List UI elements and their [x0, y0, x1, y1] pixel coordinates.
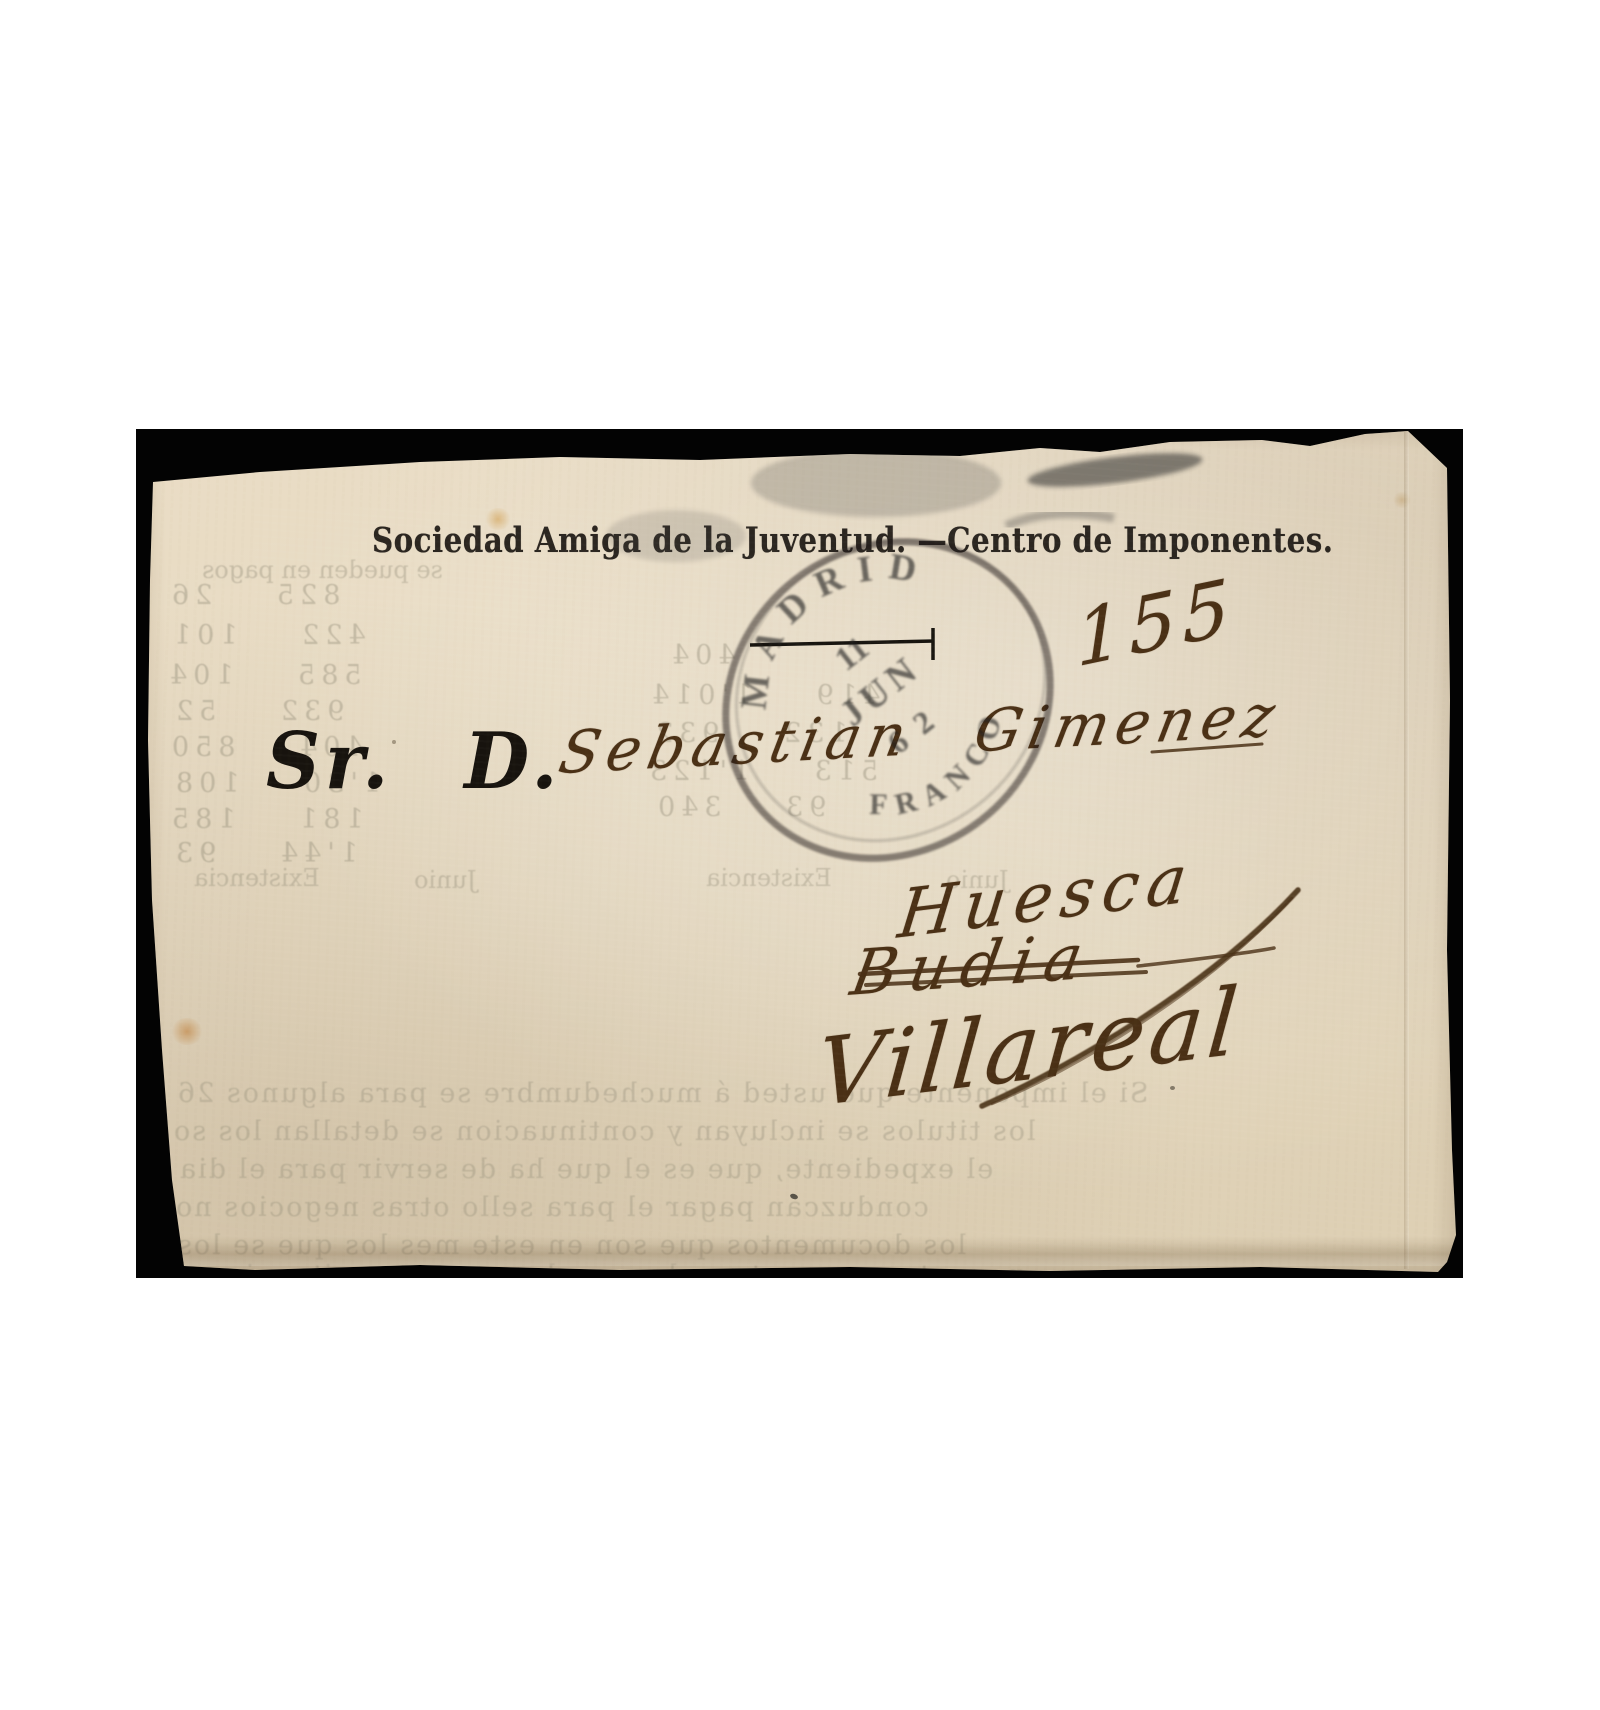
- paper-stain: [1392, 492, 1412, 508]
- printed-rule: [750, 628, 934, 660]
- paper-stain: [170, 1018, 204, 1045]
- scan-page: se pueden en pagos 825 26 422 101 585 10…: [0, 0, 1600, 1710]
- ghost-table-row: 404: [666, 640, 736, 671]
- fold-crease: [1404, 432, 1409, 1269]
- ghost-table-row: 825 26: [166, 580, 340, 611]
- printed-society-header: Sociedad Amiga de la Juventud. —Centro d…: [372, 520, 1333, 561]
- strike-tail-stroke: [1138, 948, 1274, 966]
- ghost-paragraph-line: el expediente, que es el que ha de servi…: [178, 1154, 993, 1185]
- envelope-paper: se pueden en pagos 825 26 422 101 585 10…: [146, 428, 1458, 1273]
- ghost-column-header: Existencia: [706, 864, 832, 892]
- ghost-table-row: 93 340: [652, 792, 826, 823]
- ghost-column-header: Junio: [414, 866, 477, 894]
- ghost-paragraph-line: los titulos se incluyan y continuacion s…: [172, 1116, 1036, 1147]
- ghost-bottom-line: los documentos que son en este mes los q…: [176, 1230, 966, 1261]
- handwritten-record-number: 155: [1074, 560, 1237, 684]
- ghost-table-row: 585 104: [164, 660, 362, 691]
- ghost-table-row: 422 101: [168, 620, 366, 651]
- printed-salutation: Sr. D.: [266, 716, 562, 807]
- postmark-day-text: 11: [828, 629, 876, 678]
- ghost-column-header: Existencia: [194, 864, 320, 892]
- paper-speck: [789, 1193, 798, 1200]
- ghost-table-row: 1'44 93: [170, 838, 358, 869]
- paper-speck: [1170, 1086, 1175, 1090]
- handwritten-addressee-name: Sebastian Gimenez: [554, 681, 1288, 788]
- ghost-paragraph-line: conduzcan pagar el para sello otras nego…: [174, 1192, 929, 1223]
- fold-shadow-band: [146, 1236, 1458, 1266]
- ghost-table-row: 181 185: [166, 804, 364, 835]
